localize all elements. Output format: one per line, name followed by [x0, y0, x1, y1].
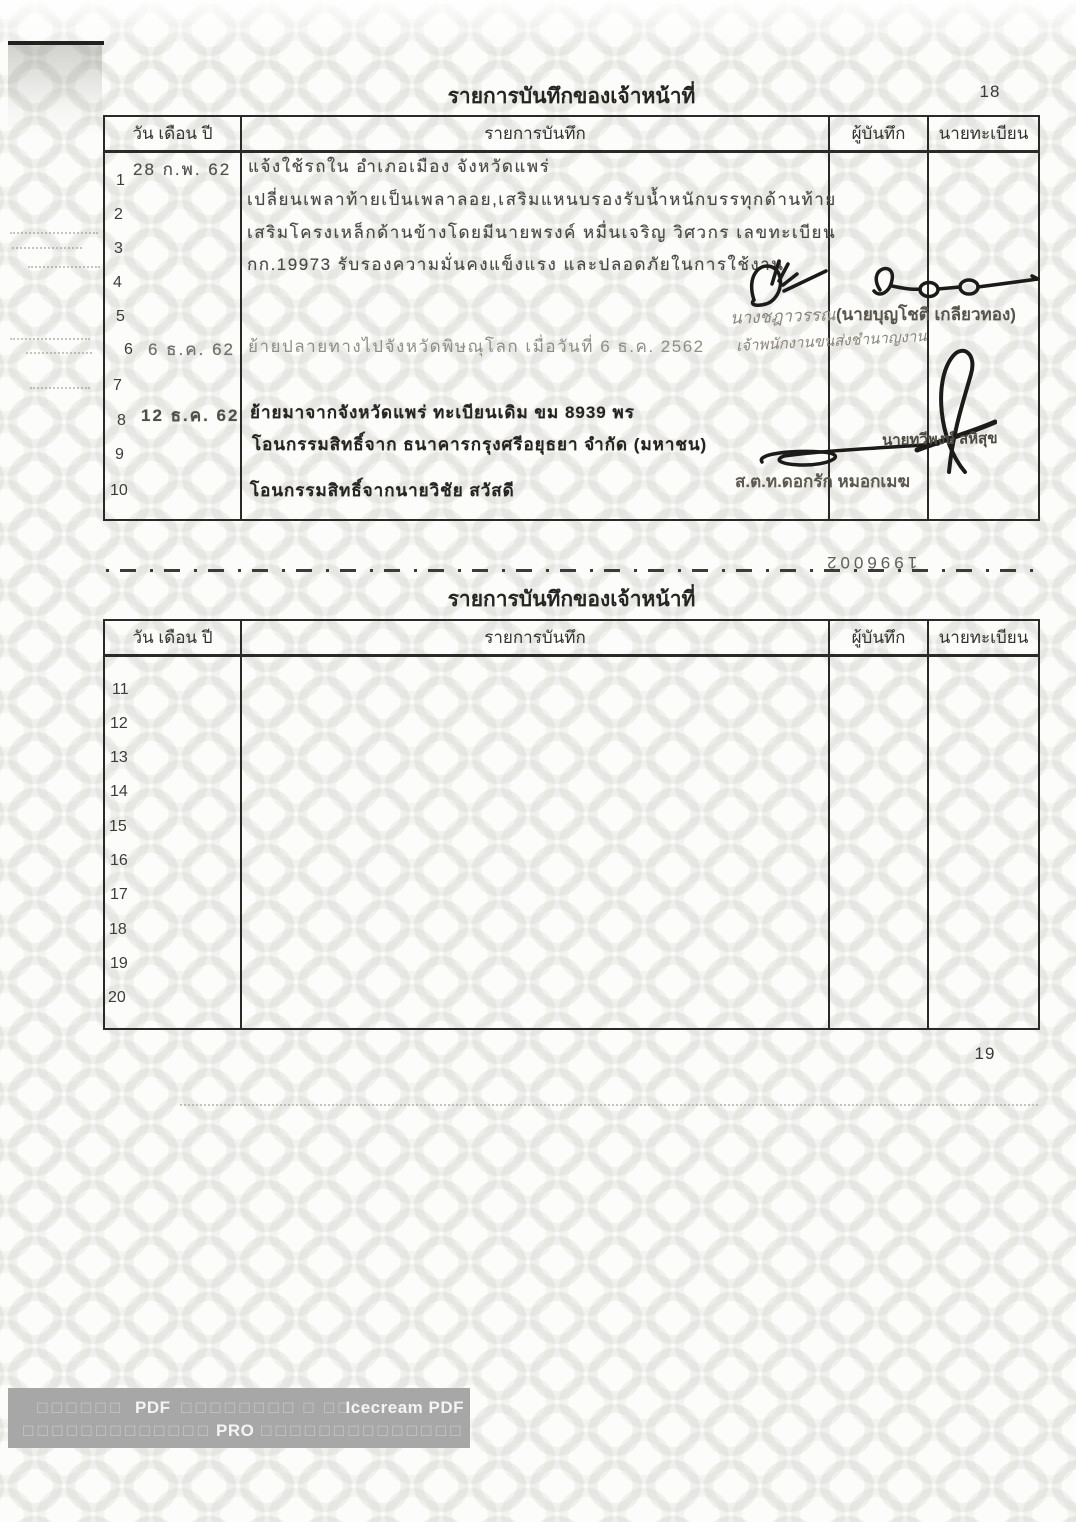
row-number: 2: [114, 206, 123, 224]
row-number: 7: [113, 377, 122, 395]
watermark-tofu-boxes: ☐☐☐☐☐☐☐☐ ☐ ☐☐☐: [180, 1400, 358, 1417]
row-number: 12: [110, 715, 128, 733]
page18-title: รายการบันทึกของเจ้าหน้าที่: [103, 80, 1040, 113]
entry-line: โอนกรรมสิทธิ์จาก ธนาคารกรุงศรีอยุธยา จำก…: [252, 431, 707, 458]
entry-date: 28 ก.พ. 62: [133, 156, 231, 183]
entry-date: 12 ธ.ค. 62: [141, 402, 239, 429]
row-number: 18: [109, 921, 127, 939]
watermark-banner: ☐☐☐☐☐☐ PDF ☐☐☐☐☐☐☐☐ ☐ ☐☐☐ Icecream PDF ☐…: [8, 1388, 470, 1448]
column-header-recorder: ผู้บันทึก: [830, 117, 929, 150]
entry-line: ย้ายมาจากจังหวัดแพร่ ทะเบียนเดิม ขม 8939…: [250, 399, 635, 426]
column-header-recorder: ผู้บันทึก: [830, 621, 929, 654]
column-header-date: วัน เดือน ปี: [105, 117, 242, 150]
table-header-row: วัน เดือน ปี รายการบันทึก ผู้บันทึก นายท…: [105, 117, 1038, 153]
row-number: 6: [124, 341, 133, 359]
column-divider: [927, 657, 929, 1029]
watermark-tofu-boxes: ☐☐☐☐☐☐: [36, 1400, 123, 1417]
stamp-registrar-name: (นายบุญโชติ เกลียวทอง): [836, 301, 1016, 328]
scan-fade: [0, 0, 1076, 52]
row-number: 9: [115, 446, 124, 464]
scan-artifact-smudge: [8, 45, 102, 137]
row-number: 11: [112, 681, 129, 699]
scan-fold-line: [180, 1104, 1038, 1106]
scanned-registration-book-page: 18 รายการบันทึกของเจ้าหน้าที่ วัน เดือน …: [0, 0, 1076, 1522]
watermark-tofu-boxes: ☐☐☐☐☐☐☐☐☐☐☐☐☐: [22, 1423, 212, 1440]
row-number: 20: [108, 989, 126, 1007]
column-divider: [240, 657, 242, 1029]
column-header-registrar: นายทะเบียน: [929, 117, 1038, 150]
watermark-row1: ☐☐☐☐☐☐ PDF ☐☐☐☐☐☐☐☐ ☐ ☐☐☐ Icecream PDF: [8, 1398, 470, 1422]
entry-date: 6 ธ.ค. 62: [148, 336, 235, 363]
entry-line: แจ้งใช้รถใน อำเภอเมือง จังหวัดแพร่: [248, 153, 550, 180]
page19-title: รายการบันทึกของเจ้าหน้าที่: [103, 583, 1040, 616]
row-number: 5: [116, 308, 125, 326]
scan-artifact-dots: [28, 266, 100, 268]
scan-artifact-dots: [10, 338, 90, 340]
column-header-record: รายการบันทึก: [242, 117, 830, 150]
row-number: 3: [114, 240, 123, 258]
entry-line: กก.19973 รับรองความมั่นคงแข็งแรง และปลอด…: [247, 251, 784, 278]
watermark-pdf-text: PDF: [135, 1398, 171, 1418]
column-header-record: รายการบันทึก: [242, 621, 830, 654]
table-header-row: วัน เดือน ปี รายการบันทึก ผู้บันทึก นายท…: [105, 621, 1038, 657]
perforation-serial-number: 1996002: [823, 552, 917, 572]
row-number: 8: [117, 412, 126, 430]
row-number: 10: [110, 482, 128, 500]
page-number-19: 19: [955, 1044, 1015, 1064]
row-number: 15: [109, 818, 127, 836]
table-body: [105, 657, 1038, 1029]
stamp-recorder-name: นางชฎาวรรณ: [730, 301, 836, 332]
row-number: 1: [116, 172, 125, 190]
row-number: 4: [113, 274, 122, 292]
watermark-brand-text: Icecream PDF: [346, 1398, 464, 1418]
watermark-pro-text: PRO: [216, 1421, 254, 1441]
signature-loops-icon: [856, 258, 1048, 306]
stamp-registrar2-name: นายทวีพงษ์ สหิสุข: [882, 426, 998, 452]
column-header-date: วัน เดือน ปี: [105, 621, 242, 654]
column-divider: [828, 657, 830, 1029]
scan-artifact-dots: [30, 387, 90, 389]
scan-artifact-dots: [10, 232, 98, 234]
row-number: 16: [110, 852, 128, 870]
stamp-recorder2-name: ส.ต.ท.ดอกรัก หมอกเมฆ: [735, 468, 910, 495]
entry-line: เสริมโครงเหล็กด้านข้างโดยมีนายพรงค์ หมื่…: [247, 219, 836, 246]
row-number: 19: [110, 955, 128, 973]
scan-artifact-dots: [12, 247, 82, 249]
scan-artifact-dots: [26, 352, 92, 354]
row-number: 14: [110, 783, 128, 801]
column-header-registrar: นายทะเบียน: [929, 621, 1038, 654]
row-number: 17: [110, 886, 128, 904]
record-table-page19: วัน เดือน ปี รายการบันทึก ผู้บันทึก นายท…: [103, 619, 1040, 1030]
entry-line: เปลี่ยนเพลาท้ายเป็นเพลาลอย,เสริมแหนบรองร…: [247, 186, 837, 213]
entry-line: โอนกรรมสิทธิ์จากนายวิชัย สวัสดี: [250, 477, 515, 504]
watermark-tofu-boxes: ☐☐☐☐☐☐☐☐☐☐☐☐☐☐☐☐: [260, 1423, 464, 1440]
watermark-row2: ☐☐☐☐☐☐☐☐☐☐☐☐☐ PRO ☐☐☐☐☐☐☐☐☐☐☐☐☐☐☐☐: [8, 1421, 470, 1445]
entry-line: ย้ายปลายทางไปจังหวัดพิษณุโลก เมื่อวันที่…: [248, 333, 705, 360]
row-number: 13: [110, 749, 128, 767]
column-divider: [240, 153, 242, 520]
